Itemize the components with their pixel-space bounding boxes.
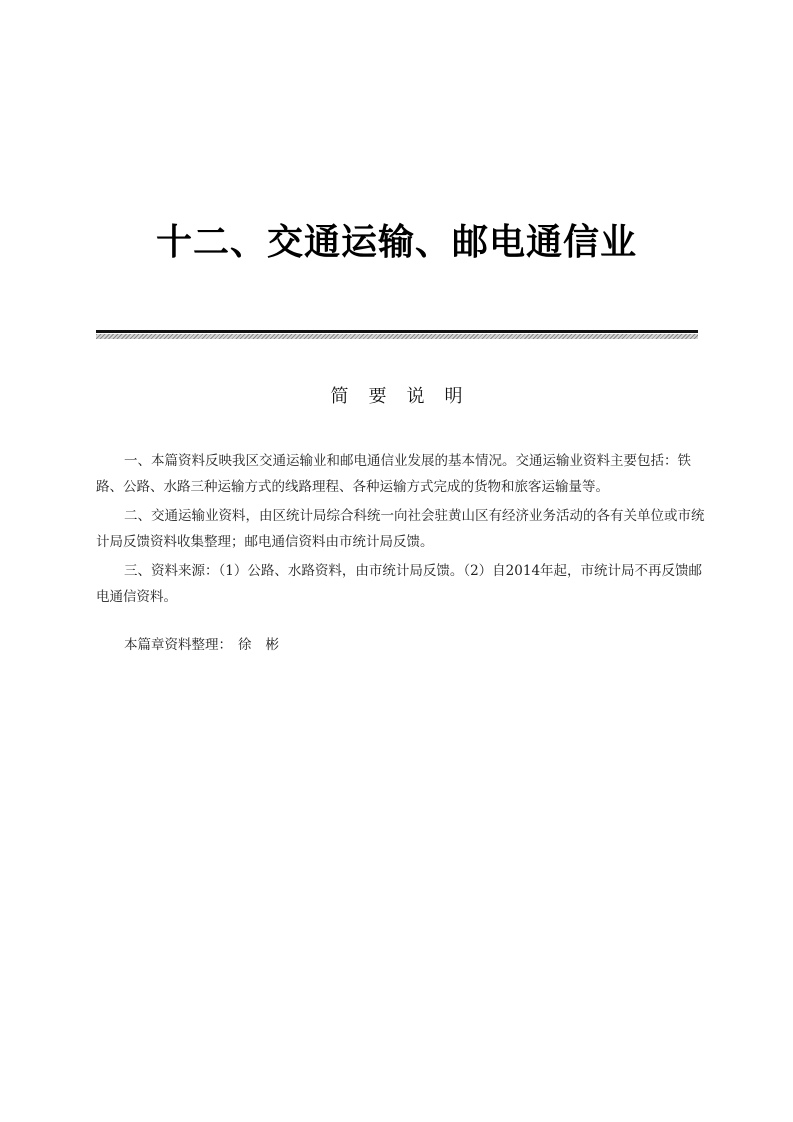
chapter-title: 十二、交通运输、邮电通信业	[0, 218, 793, 268]
paragraph-1: 一、本篇资料反映我区交通运输业和邮电通信业发展的基本情况。交通运输业资料主要包括…	[96, 448, 706, 500]
divider-solid-line	[96, 330, 698, 333]
title-divider	[96, 330, 698, 339]
divider-hatched-line	[96, 334, 698, 339]
section-heading: 简要说明	[0, 384, 793, 410]
paragraph-2: 二、交通运输业资料，由区统计局综合科统一向社会驻黄山区有经济业务活动的各有关单位…	[96, 503, 706, 555]
credit-line: 本篇章资料整理：徐彬	[124, 634, 293, 656]
body-text: 一、本篇资料反映我区交通运输业和邮电通信业发展的基本情况。交通运输业资料主要包括…	[96, 448, 706, 613]
paragraph-3: 三、资料来源：（1）公路、水路资料，由市统计局反馈。（2）自2014年起，市统计…	[96, 558, 706, 610]
credit-label: 本篇章资料整理：	[124, 637, 232, 653]
credit-name: 徐彬	[238, 637, 293, 653]
